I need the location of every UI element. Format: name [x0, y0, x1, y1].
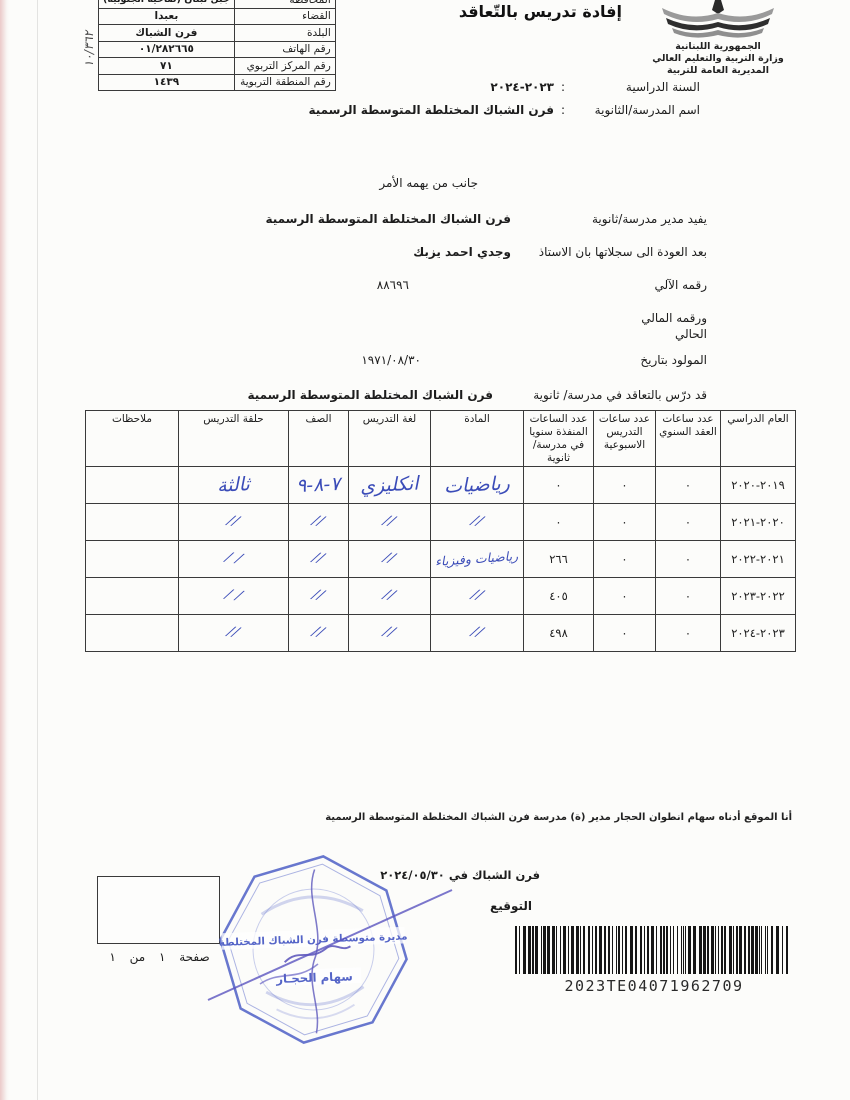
cell-executed: ٢٦٦: [524, 540, 594, 577]
cell-grade-ditto: //: [310, 514, 328, 530]
cell-notes: [86, 466, 179, 503]
statement-label: ورقمه المالي الحالي: [627, 311, 707, 342]
statement-value: ١٩٧١/٠٨/٣٠: [361, 353, 421, 369]
scan-edge-line: [37, 0, 38, 1100]
cell-subject-ditto: //: [468, 588, 486, 604]
cell-notes: [86, 503, 179, 540]
statement-row-director: يفيد مدير مدرسة/ثانوية فرن الشباك المختل…: [107, 212, 707, 245]
statement-row-financial-number: ورقمه المالي الحالي: [107, 311, 707, 353]
table-row: ٢٠٢٣-٢٠٢٢ ٠ ٠ ٤٠٥ // // // / /: [86, 577, 796, 614]
cell-grade-ditto: //: [310, 551, 328, 567]
info-label: رقم الهاتف: [234, 41, 335, 58]
table-row: ٢٠٢٢-٢٠٢١ ٠ ٠ ٢٦٦ رياضيات وفيزياء // // …: [86, 540, 796, 577]
header-weekly-hours: عدد ساعات التدريس الاسبوعية: [594, 411, 656, 467]
place-label: فرن الشباك في: [449, 868, 540, 882]
header-subject: المادة: [431, 411, 524, 467]
statement-label: بعد العودة الى سجلاتها بان الاستاذ: [517, 245, 707, 261]
school-name-label: اسم المدرسة/الثانوية: [572, 103, 700, 117]
cell-year: ٢٠٢١-٢٠٢٠: [731, 515, 785, 529]
cell-subject-handwritten: رياضيات: [444, 472, 511, 497]
table-row: ٢٠٢٤-٢٠٢٣ ٠ ٠ ٤٩٨ // // // //: [86, 614, 796, 651]
cell-annual: ٠: [656, 577, 721, 614]
school-year-label: السنة الدراسية: [572, 80, 700, 94]
info-value: ٠١/٢٨٢٦٦٥: [139, 43, 194, 55]
table-row: ٢٠٢٠-٢٠١٩ ٠ ٠ ٠ رياضيات انكليزي ٩-٨-٧ ثا…: [86, 466, 796, 503]
ministry-line-2: وزارة التربية والتعليم العالي: [628, 53, 808, 65]
cell-year: ٢٠٢٢-٢٠٢١: [731, 552, 785, 566]
header-language: لغة التدريس: [349, 411, 431, 467]
cell-year: ٢٠٢٠-٢٠١٩: [731, 478, 785, 492]
info-label: المحافظة: [234, 0, 335, 8]
cell-cycle-ditto: //: [225, 625, 243, 641]
cell-executed: ٤٩٨: [524, 614, 594, 651]
cell-subject-ditto: //: [468, 625, 486, 641]
info-label: رقم المركز التربوي: [234, 58, 335, 75]
info-value: فرن الشباك: [99, 25, 235, 42]
statement-row-auto-number: رقمه الآلي ٨٨٦٩٦: [107, 278, 707, 311]
statement-label: قد درّس بالتعاقد في مدرسة/ ثانوية: [499, 388, 707, 404]
cell-language-ditto: //: [381, 625, 399, 641]
signature-stroke: [200, 862, 460, 1012]
statement-value: فرن الشباك المختلطة المتوسطة الرسمية: [265, 212, 511, 228]
cell-weekly: ٠: [594, 540, 656, 577]
ministry-header: الجمهورية اللبنانية وزارة التربية والتعل…: [628, 0, 808, 77]
cell-annual: ٠: [656, 614, 721, 651]
info-value: جبل لبنان (ضاحية الجنوبية): [99, 0, 235, 8]
info-value: بعبدا: [99, 8, 235, 25]
colon: :: [554, 103, 572, 117]
header-annual-contract-hours: عدد ساعات العقد السنوي: [656, 411, 721, 467]
cell-executed: ٠: [524, 466, 594, 503]
school-year-block: السنة الدراسية : ٢٠٢٤-٢٠٢٣ اسم المدرسة/ا…: [140, 80, 700, 126]
header-grade: الصف: [289, 411, 349, 467]
barcode-number: 2023TE04071962709: [515, 977, 793, 995]
school-year-row: السنة الدراسية : ٢٠٢٤-٢٠٢٣: [140, 80, 700, 94]
info-row-center-number: رقم المركز التربوي ٧١: [99, 58, 336, 75]
signature-label: التوقيع: [490, 899, 532, 913]
table-header-row: العام الدراسي عدد ساعات العقد السنوي عدد…: [86, 411, 796, 467]
header-year: العام الدراسي: [721, 411, 796, 467]
ministry-name: الجمهورية اللبنانية وزارة التربية والتعل…: [628, 41, 808, 77]
statement-row-birthdate: المولود بتاريخ ١٩٧١/٠٨/٣٠: [107, 353, 707, 386]
barcode-bars: [515, 926, 793, 974]
scanned-document-page: إفادة تدريس بالتّعاقد الجمهورية اللبناني…: [0, 0, 850, 1100]
info-value: ٧١: [99, 58, 235, 75]
cell-subject-ditto: //: [468, 514, 486, 530]
info-label: البلدة: [234, 25, 335, 42]
statement-value: وجدي احمد يزبك: [413, 245, 511, 261]
info-row-district: القضاء بعبدا: [99, 8, 336, 25]
header-notes: ملاحظات: [86, 411, 179, 467]
cell-annual: ٠: [656, 466, 721, 503]
cell-weekly: ٠: [594, 503, 656, 540]
cell-language-ditto: //: [381, 588, 399, 604]
school-name-value: فرن الشباك المختلطة المتوسطة الرسمية: [308, 103, 554, 117]
handwritten-margin-note: ١٠/٣٦٢: [82, 4, 96, 94]
statement-value: ٨٨٦٩٦: [377, 278, 409, 294]
cell-executed: ٤٠٥: [524, 577, 594, 614]
cell-annual: ٠: [656, 503, 721, 540]
statement-body: يفيد مدير مدرسة/ثانوية فرن الشباك المختل…: [107, 212, 707, 421]
statement-label: المولود بتاريخ: [517, 353, 707, 369]
cell-cycle-handwritten: ثالثة: [217, 473, 251, 497]
cell-executed: ٠: [524, 503, 594, 540]
cell-weekly: ٠: [594, 577, 656, 614]
undersigned-statement: أنا الموقع أدناه سهام انطوان الحجار مدير…: [325, 812, 792, 823]
statement-value: فرن الشباك المختلطة المتوسطة الرسمية: [247, 388, 493, 404]
cell-language-handwritten: انكليزي: [360, 472, 420, 497]
to-whom-line: جانب من يهمه الأمر: [379, 176, 478, 190]
cell-notes: [86, 540, 179, 577]
cell-language-ditto: //: [381, 551, 399, 567]
cell-weekly: ٠: [594, 614, 656, 651]
cell-grade-ditto: //: [310, 625, 328, 641]
info-row-governorate: المحافظة جبل لبنان (ضاحية الجنوبية): [99, 0, 336, 8]
cell-cycle-ditto: / /: [222, 550, 245, 566]
cell-cycle-ditto: //: [225, 514, 243, 530]
statement-row-teacher: بعد العودة الى سجلاتها بان الاستاذ وجدي …: [107, 245, 707, 278]
cell-notes: [86, 614, 179, 651]
colon: :: [554, 80, 572, 94]
cell-year: ٢٠٢٣-٢٠٢٢: [731, 589, 785, 603]
info-label: القضاء: [234, 8, 335, 25]
cell-grade-handwritten: ٩-٨-٧: [296, 472, 341, 496]
document-title: إفادة تدريس بالتّعاقد: [459, 2, 622, 21]
school-name-row: اسم المدرسة/الثانوية : فرن الشباك المختل…: [140, 103, 700, 117]
cell-grade-ditto: //: [310, 588, 328, 604]
statement-label: يفيد مدير مدرسة/ثانوية: [517, 212, 707, 228]
cell-cycle-ditto: / /: [222, 587, 245, 603]
open-book-logo-icon: [658, 0, 778, 40]
ministry-line-3: المديرية العامة للتربية: [628, 65, 808, 77]
ministry-line-1: الجمهورية اللبنانية: [628, 41, 808, 53]
info-row-town: البلدة فرن الشباك: [99, 25, 336, 42]
cell-annual: ٠: [656, 540, 721, 577]
table-row: ٢٠٢١-٢٠٢٠ ٠ ٠ ٠ // // // //: [86, 503, 796, 540]
cell-weekly: ٠: [594, 466, 656, 503]
barcode: 2023TE04071962709: [515, 926, 793, 998]
cell-language-ditto: //: [381, 514, 399, 530]
region-info-table: المحافظة جبل لبنان (ضاحية الجنوبية) القض…: [98, 0, 336, 91]
info-row-phone: رقم الهاتف ٠١/٢٨٢٦٦٥: [99, 41, 336, 58]
statement-label: رقمه الآلي: [517, 278, 707, 294]
teaching-record-table: العام الدراسي عدد ساعات العقد السنوي عدد…: [85, 410, 796, 652]
cell-notes: [86, 577, 179, 614]
cell-year: ٢٠٢٤-٢٠٢٣: [731, 626, 785, 640]
header-executed-hours: عدد الساعات المنفذة سنويا في مدرسة/ثانوي…: [524, 411, 594, 467]
header-cycle: حلقة التدريس: [179, 411, 289, 467]
cell-subject-handwritten: رياضيات وفيزياء: [435, 549, 519, 568]
school-year-value: ٢٠٢٤-٢٠٢٣: [490, 80, 554, 94]
